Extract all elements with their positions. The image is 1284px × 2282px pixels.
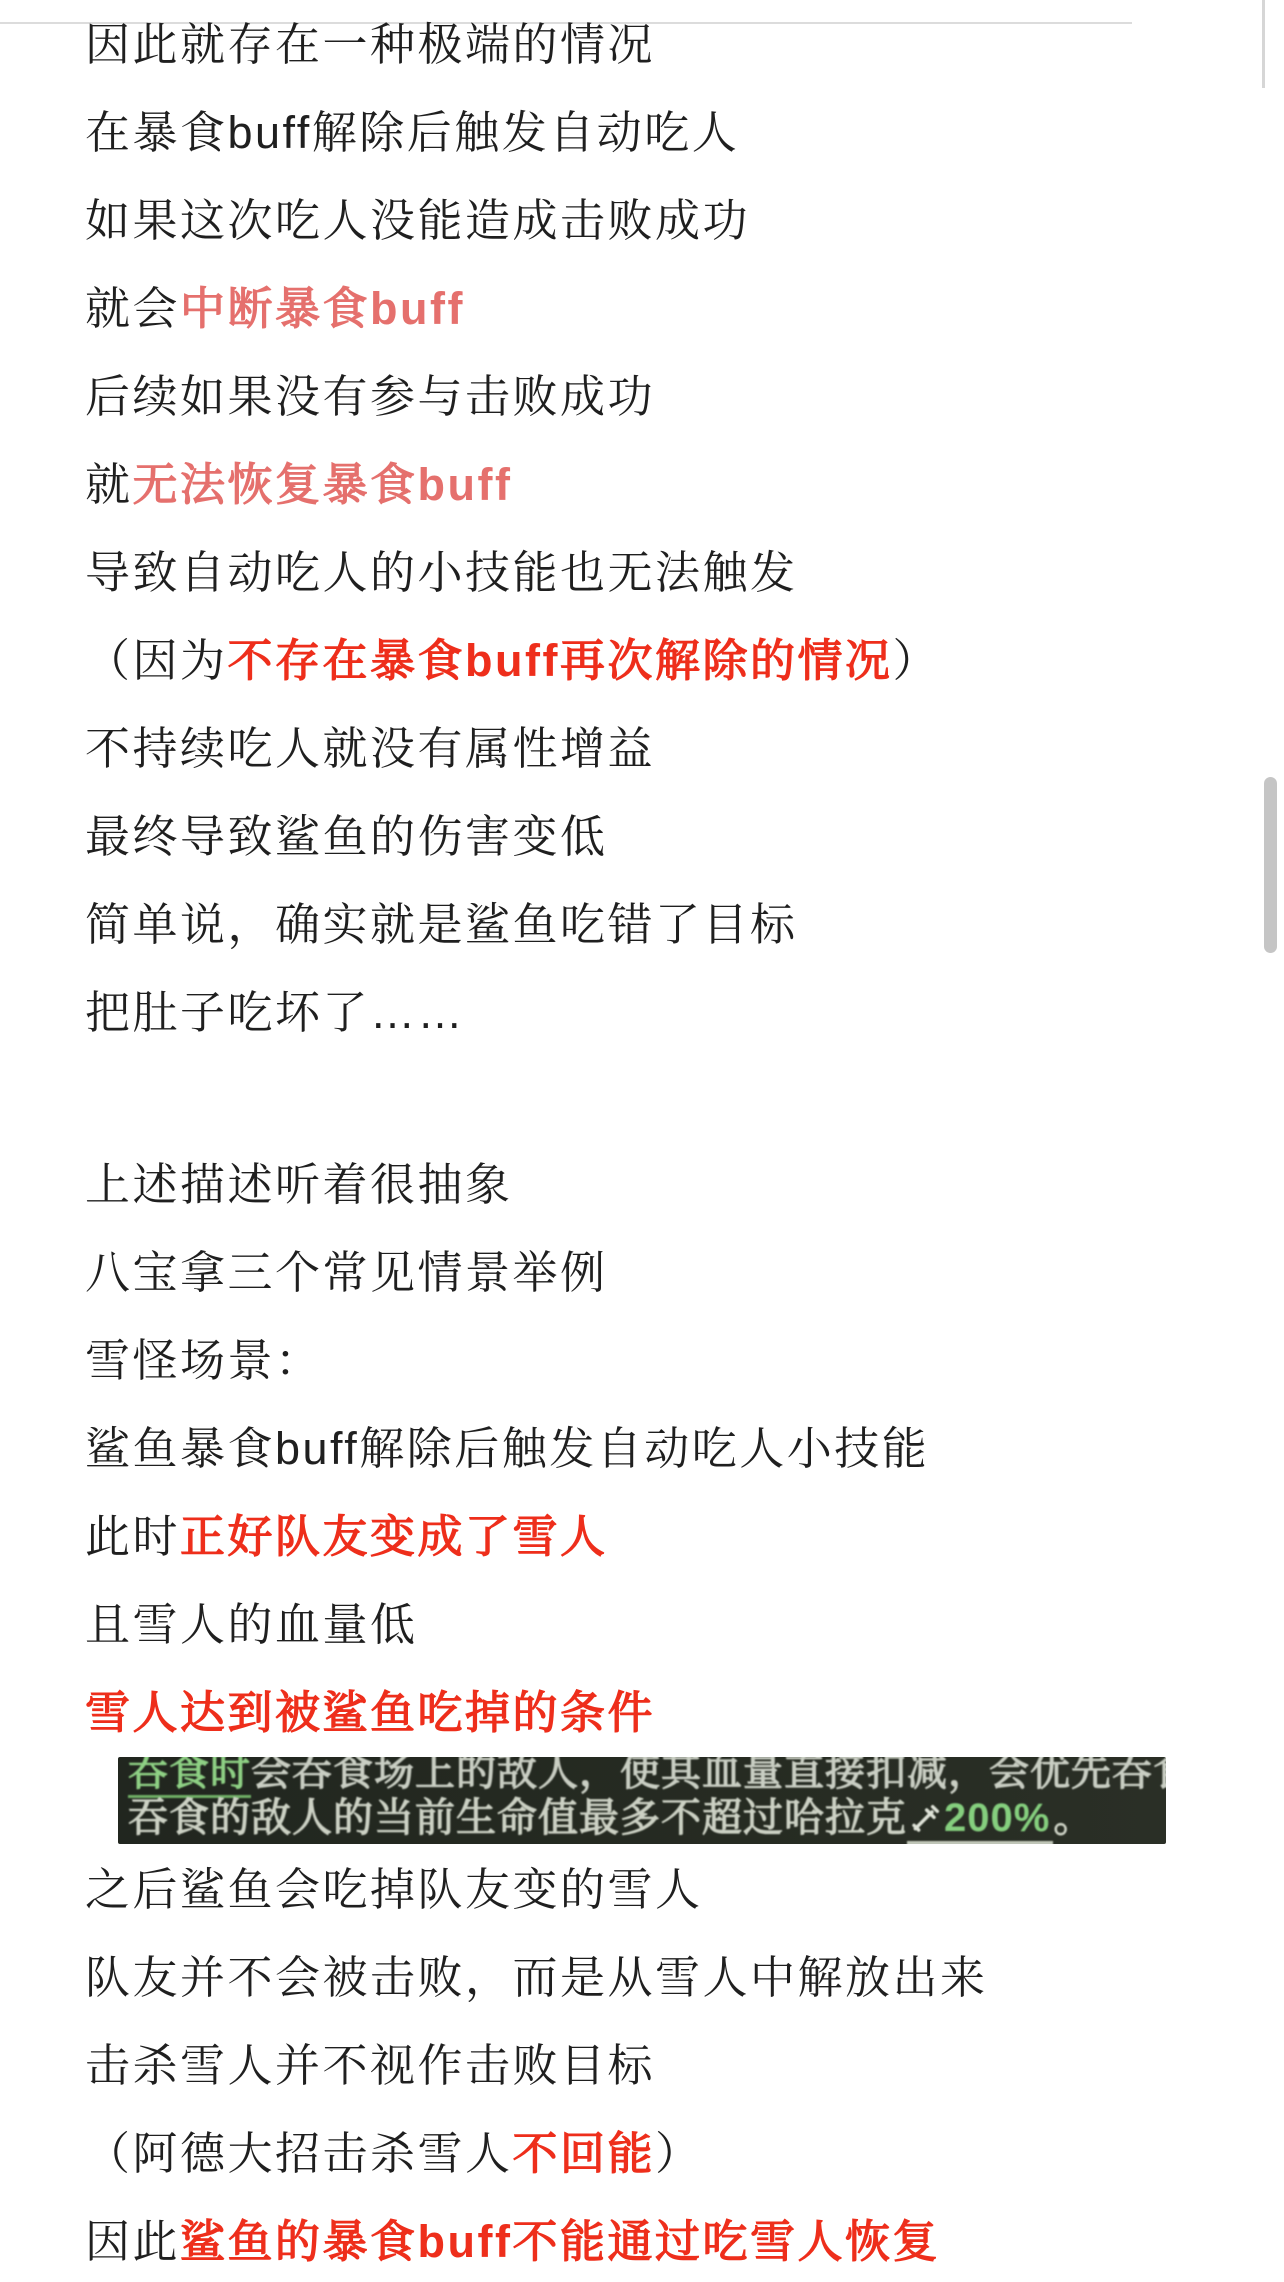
paragraph-line: 把肚子吃坏了……	[0, 969, 1284, 1057]
paragraph-line: 击杀雪人并不视作击败目标	[0, 2022, 1284, 2110]
attack-sword-icon	[910, 1801, 942, 1833]
paragraph-line: 雪怪场景：	[0, 1317, 1284, 1405]
text-segment: 后续如果没有参与击败成功	[85, 371, 655, 422]
text-segment: 八宝拿三个常见情景举例	[85, 1247, 608, 1298]
text-segment: 因此就存在一种极端的情况	[85, 19, 655, 70]
paragraph-line: 鲨鱼暴食buff解除后触发自动吃人小技能	[0, 1405, 1284, 1493]
skill-line-period: 。	[1053, 1796, 1094, 1840]
skill-line-text: 吞食的敌人的当前生命值最多不超过哈拉克	[128, 1796, 907, 1840]
highlight-segment: 中断暴食buff	[180, 283, 465, 334]
paragraph-line: 就会中断暴食buff	[0, 265, 1284, 353]
game-screenshot-image[interactable]: 吞食时会吞食场上的敌人，使其血量直接扣减，会优先吞食生命 吞食的敌人的当前生命值…	[118, 1757, 1166, 1844]
text-segment: （阿德大招击杀雪人	[85, 2128, 513, 2179]
text-segment: （因为	[85, 635, 228, 686]
paragraph-line: 最终导致鲨鱼的伤害变低	[0, 793, 1284, 881]
text-segment: 此时	[85, 1511, 180, 1562]
text-segment: 击杀雪人并不视作击败目标	[85, 2040, 655, 2091]
text-segment: 且雪人的血量低	[85, 1599, 418, 1650]
paragraph-line: 因此鲨鱼的暴食buff不能通过吃雪人恢复	[0, 2198, 1284, 2282]
paragraph-line: （因为不存在暴食buff再次解除的情况）	[0, 617, 1284, 705]
text-segment: 不持续吃人就没有属性增益	[85, 723, 655, 774]
text-segment: 雪怪场景：	[85, 1335, 323, 1386]
text-segment: 队友并不会被击败，而是从雪人中解放出来	[85, 1952, 988, 2003]
paragraph-line: 如果这次吃人没能造成击败成功	[0, 177, 1284, 265]
paragraph-line: 雪人达到被鲨鱼吃掉的条件	[0, 1669, 1284, 1757]
paragraph-line: 且雪人的血量低	[0, 1581, 1284, 1669]
highlight-segment: 不存在暴食buff再次解除的情况	[228, 635, 893, 686]
paragraph-line: 导致自动吃人的小技能也无法触发	[0, 529, 1284, 617]
text-segment: 如果这次吃人没能造成击败成功	[85, 195, 750, 246]
text-segment: 鲨鱼暴食buff解除后触发自动吃人小技能	[85, 1423, 929, 1474]
scrollbar-thumb[interactable]	[1264, 777, 1277, 953]
highlight-segment: 正好队友变成了雪人	[180, 1511, 608, 1562]
paragraph-line: 八宝拿三个常见情景举例	[0, 1229, 1284, 1317]
article-content: 因此就存在一种极端的情况 在暴食buff解除后触发自动吃人 如果这次吃人没能造成…	[0, 0, 1284, 2282]
paragraph-line: 此时正好队友变成了雪人	[0, 1493, 1284, 1581]
highlight-segment: 无法恢复暴食buff	[133, 459, 513, 510]
text-segment: 上述描述听着很抽象	[85, 1159, 513, 1210]
text-segment: 简单说，确实就是鲨鱼吃错了目标	[85, 899, 798, 950]
highlight-segment: 不回能	[513, 2128, 656, 2179]
text-segment: 最终导致鲨鱼的伤害变低	[85, 811, 608, 862]
text-segment: 就	[85, 459, 133, 510]
paragraph-line: 因此就存在一种极端的情况	[0, 1, 1284, 89]
text-segment: ）	[892, 635, 940, 686]
highlight-segment: 鲨鱼的暴食buff不能通过吃雪人恢复	[180, 2216, 940, 2267]
paragraph-line: 后续如果没有参与击败成功	[0, 353, 1284, 441]
paragraph-line: 上述描述听着很抽象	[0, 1141, 1284, 1229]
paragraph-line: 在暴食buff解除后触发自动吃人	[0, 89, 1284, 177]
text-segment: 就会	[85, 283, 180, 334]
text-segment: 把肚子吃坏了……	[85, 987, 465, 1038]
paragraph-line: 之后鲨鱼会吃掉队友变的雪人	[0, 1846, 1284, 1934]
text-segment: 在暴食buff解除后触发自动吃人	[85, 107, 739, 158]
text-segment: ）	[655, 2128, 703, 2179]
paragraph-line: （阿德大招击杀雪人不回能）	[0, 2110, 1284, 2198]
text-segment: 因此	[85, 2216, 180, 2267]
blank-spacer	[0, 1057, 1284, 1141]
attack-multiplier-value: 200%	[944, 1796, 1050, 1840]
paragraph-line: 不持续吃人就没有属性增益	[0, 705, 1284, 793]
text-segment: 导致自动吃人的小技能也无法触发	[85, 547, 798, 598]
paragraph-line: 简单说，确实就是鲨鱼吃错了目标	[0, 881, 1284, 969]
page-root: { "colors": { "body_text": "#1f1f1f", "h…	[0, 0, 1284, 2282]
skill-text-line: 吞食的敌人的当前生命值最多不超过哈拉克200%。	[128, 1786, 1094, 1844]
paragraph-line: 就无法恢复暴食buff	[0, 441, 1284, 529]
paragraph-line: 队友并不会被击败，而是从雪人中解放出来	[0, 1934, 1284, 2022]
highlight-segment: 雪人达到被鲨鱼吃掉的条件	[85, 1687, 655, 1738]
text-segment: 之后鲨鱼会吃掉队友变的雪人	[85, 1864, 703, 1915]
